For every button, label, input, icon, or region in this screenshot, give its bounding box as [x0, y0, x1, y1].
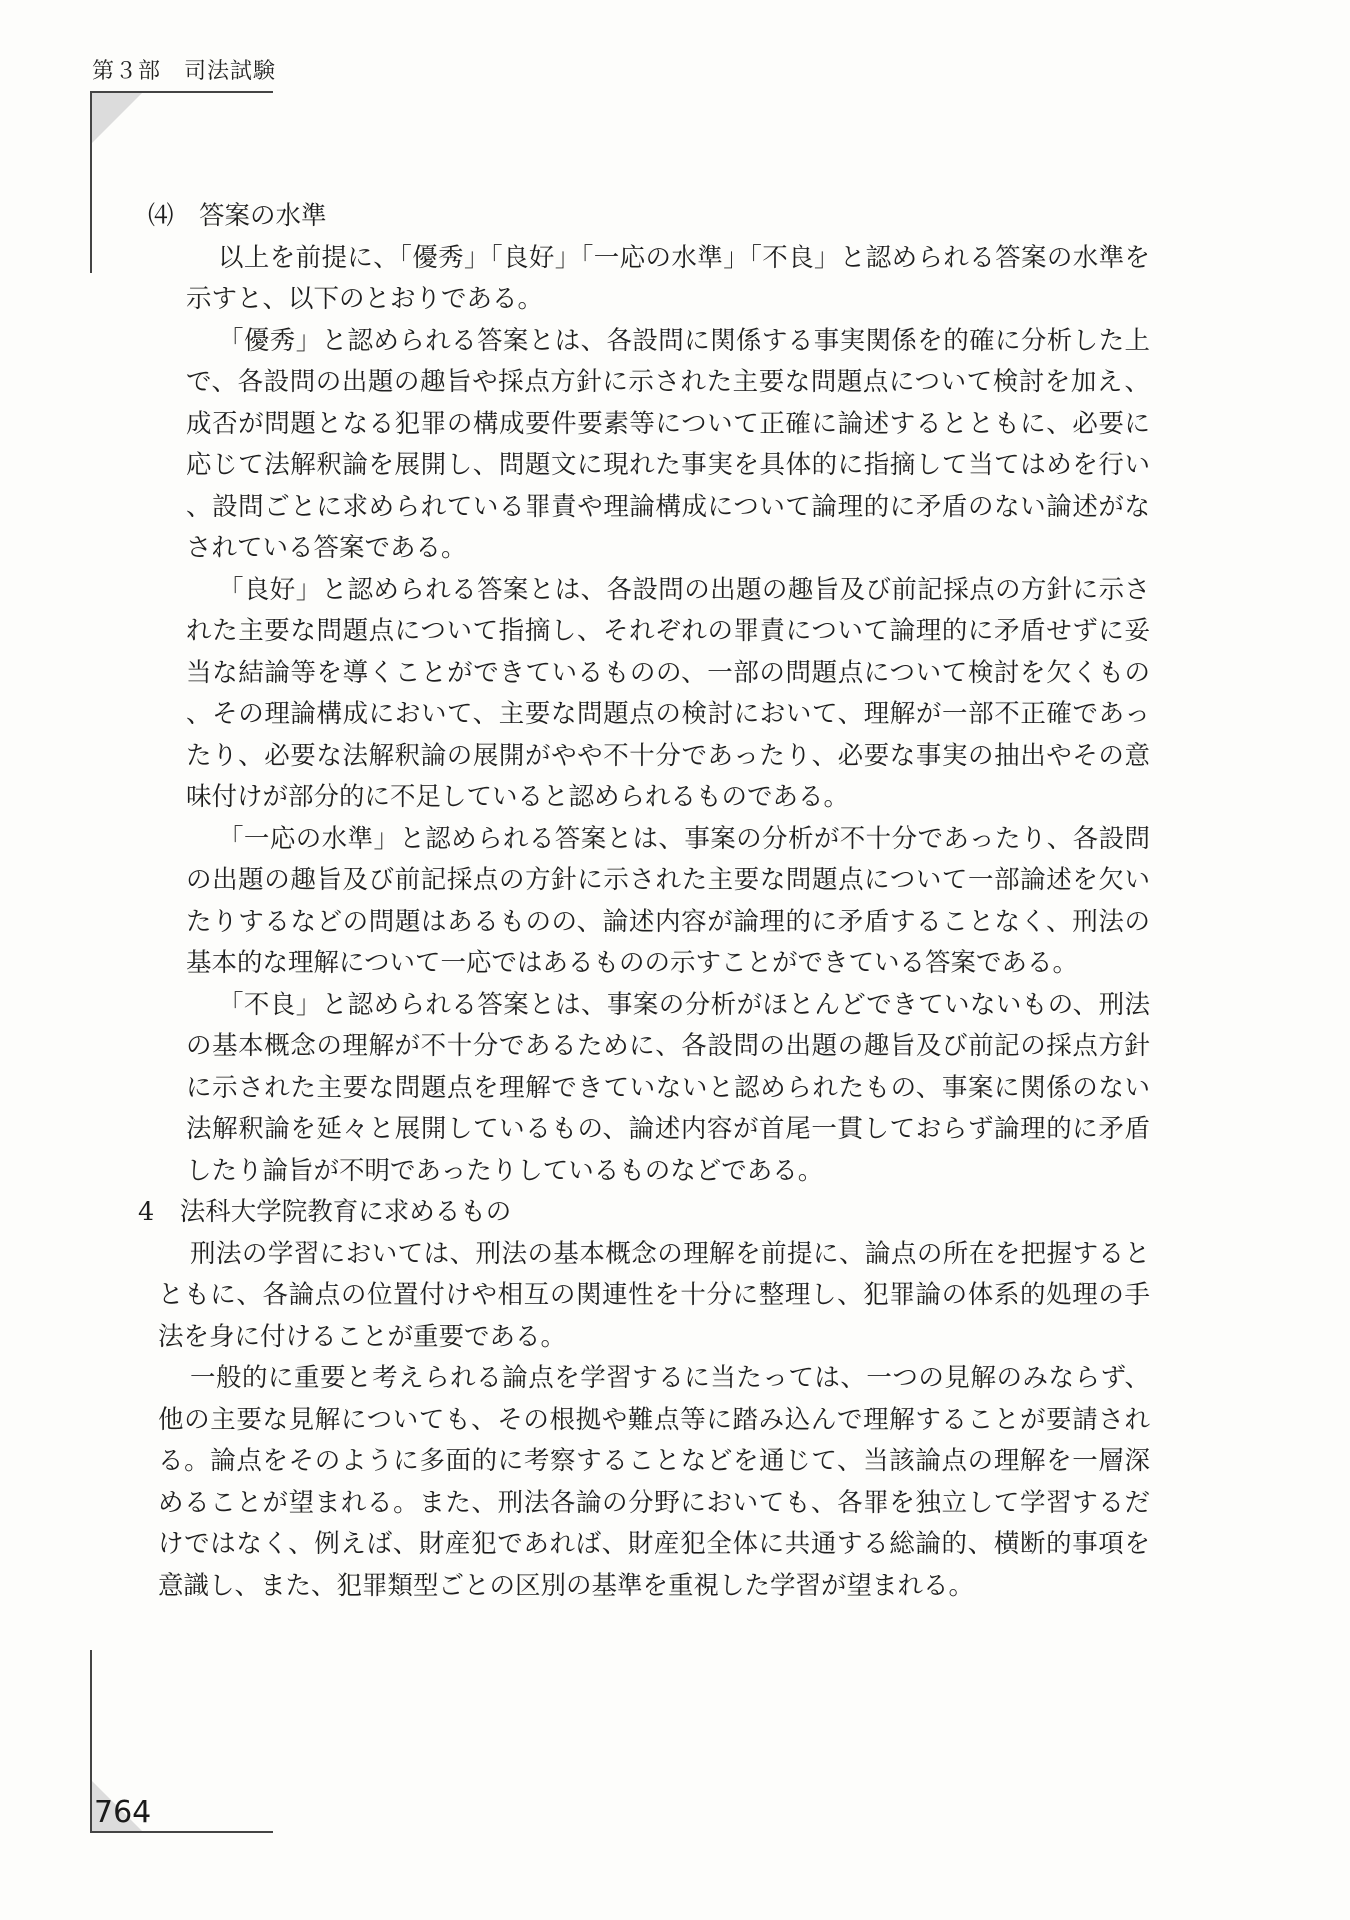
paragraph-excellent: 「優秀」と認められる答案とは、各設問に関係する事実関係を的確に分析した上で、各設…	[0, 321, 1150, 570]
section-heading-answer-standards: ⑷ 答案の水準	[0, 196, 1350, 238]
frame-bottom-rule	[90, 1831, 273, 1833]
page-body: ⑷ 答案の水準 以上を前提に、「優秀」「良好」「一応の水準」「不良」と認められる…	[0, 196, 1350, 1607]
paragraph-adequate: 「一応の水準」と認められる答案とは、事案の分析が不十分であったり、各設問の出題の…	[0, 819, 1150, 985]
running-head: 第３部 司法試験	[92, 54, 276, 85]
paragraph-intro: 以上を前提に、「優秀」「良好」「一応の水準」「不良」と認められる答案の水準を示す…	[0, 238, 1150, 321]
paragraph-study-basics: 刑法の学習においては、刑法の基本概念の理解を前提に、論点の所在を把握するとともに…	[0, 1234, 1150, 1359]
page-number: 764	[94, 1795, 151, 1830]
corner-triangle-top-icon	[92, 93, 142, 143]
paragraph-poor: 「不良」と認められる答案とは、事案の分析がほとんどできていないもの、刑法の基本概…	[0, 985, 1150, 1193]
section-heading-law-school-education: 4 法科大学院教育に求めるもの	[0, 1192, 1350, 1234]
paragraph-good: 「良好」と認められる答案とは、各設問の出題の趣旨及び前記採点の方針に示された主要…	[0, 570, 1150, 819]
paragraph-study-issues: 一般的に重要と考えられる論点を学習するに当たっては、一つの見解のみならず、他の主…	[0, 1358, 1150, 1607]
